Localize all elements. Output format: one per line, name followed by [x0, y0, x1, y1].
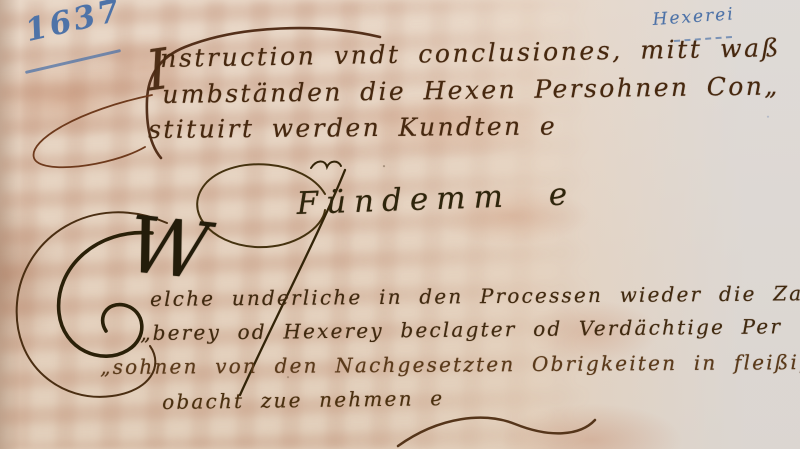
swash-stroke — [398, 418, 595, 446]
body-line-3: „sohnen von den Nachgesetzten Obrigkeite… — [100, 350, 800, 379]
manuscript-photo: 1637 Hexerei I nstruction vndt conclusio… — [0, 0, 800, 449]
bottom-flourish — [390, 408, 600, 448]
body-initial: W — [124, 200, 213, 298]
title-line-3: stituirt werden Kundten e — [148, 111, 557, 144]
zigzag-stroke — [311, 161, 341, 168]
loop-stroke — [34, 95, 152, 167]
